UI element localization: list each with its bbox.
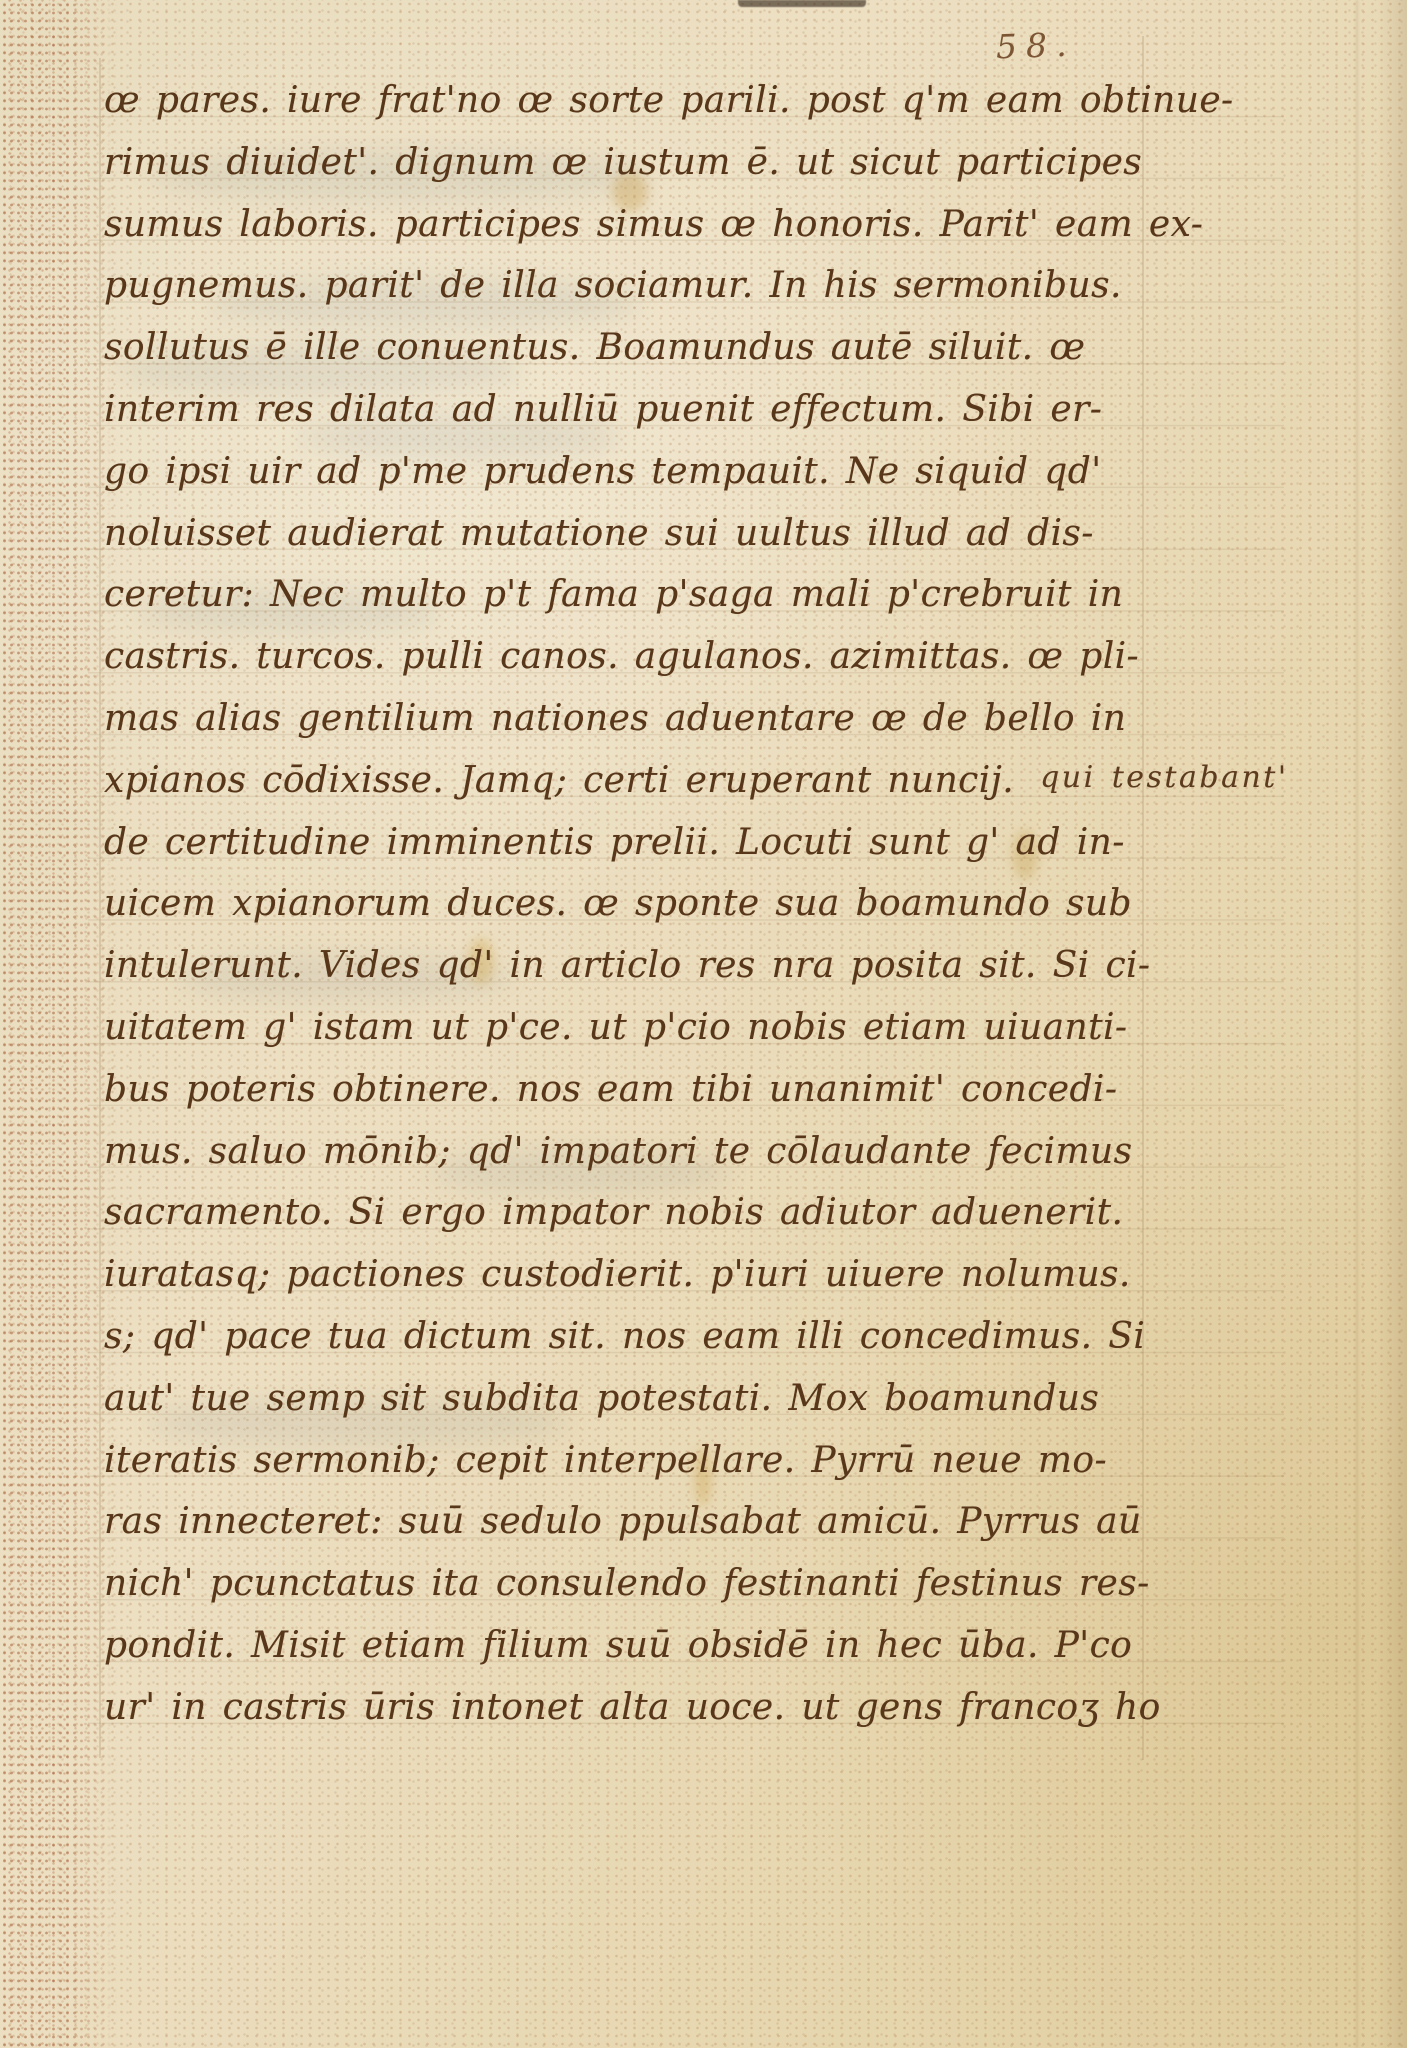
text-line: œ pares. iure frat'no œ sorte parili. po…: [104, 70, 1204, 132]
text-line-content: ras innecteret: suū sedulo ppulsabat ami…: [104, 1501, 1142, 1542]
manuscript-text-block: œ pares. iure frat'no œ sorte parili. po…: [104, 70, 1204, 1739]
text-line: sollutus ē ille conuentus. Boamundus aut…: [104, 317, 1204, 379]
text-line: uitatem g' istam ut p'ce. ut p'cio nobis…: [104, 997, 1204, 1059]
text-line-content: ceretur: Nec multo p't fama p'saga mali …: [104, 574, 1123, 615]
text-line-content: intulerunt. Vides qd' in articlo res nra…: [104, 945, 1150, 986]
text-line-content: go ipsi uir ad p'me prudens tempauit. Ne…: [104, 451, 1102, 492]
text-line-content: pugnemus. parit' de illa sociamur. In hi…: [104, 265, 1122, 306]
text-line-content: sollutus ē ille conuentus. Boamundus aut…: [104, 327, 1085, 368]
text-line: sacramento. Si ergo impator nobis adiuto…: [104, 1182, 1204, 1244]
text-line-content: pondit. Misit etiam filium suū obsidē in…: [104, 1625, 1132, 1666]
text-line-content: sacramento. Si ergo impator nobis adiuto…: [104, 1192, 1123, 1233]
manuscript-scan: { "manuscript": { "page_number": "58.", …: [0, 0, 1407, 2048]
text-line-content: ur' in castris ūris intonet alta uoce. u…: [104, 1687, 1161, 1728]
text-line-content: nich' pcunctatus ita consulendo festinan…: [104, 1563, 1150, 1604]
text-line: xpianos cōdixisse. Jamq; certi eruperant…: [104, 750, 1204, 812]
text-line: castris. turcos. pulli canos. agulanos. …: [104, 626, 1204, 688]
text-line: pondit. Misit etiam filium suū obsidē in…: [104, 1615, 1204, 1677]
text-line: intulerunt. Vides qd' in articlo res nra…: [104, 935, 1204, 997]
text-line: sumus laboris. participes simus œ honori…: [104, 194, 1204, 256]
text-line-content: uitatem g' istam ut p'ce. ut p'cio nobis…: [104, 1007, 1127, 1048]
text-line-content: noluisset audierat mutatione sui uultus …: [104, 513, 1094, 554]
text-line-content: castris. turcos. pulli canos. agulanos. …: [104, 636, 1139, 677]
text-line: pugnemus. parit' de illa sociamur. In hi…: [104, 255, 1204, 317]
text-line-content: iteratis sermonib; cepit interpellare. P…: [104, 1440, 1107, 1481]
text-line-content: interim res dilata ad nulliū puenit effe…: [104, 389, 1102, 430]
text-line-content: mas alias gentilium nationes aduentare œ…: [104, 698, 1126, 739]
text-line: mus. saluo mōnib; qd' impatori te cōlaud…: [104, 1121, 1204, 1183]
text-line: mas alias gentilium nationes aduentare œ…: [104, 688, 1204, 750]
text-line-content: s; qd' pace tua dictum sit. nos eam illi…: [104, 1316, 1145, 1357]
text-line-content: xpianos cōdixisse. Jamq; certi eruperant…: [104, 760, 1014, 801]
text-line: ur' in castris ūris intonet alta uoce. u…: [104, 1677, 1204, 1739]
text-line: bus poteris obtinere. nos eam tibi unani…: [104, 1059, 1204, 1121]
text-line: iuratasq; pactiones custodierit. p'iuri …: [104, 1244, 1204, 1306]
text-line: uicem xpianorum duces. œ sponte sua boam…: [104, 873, 1204, 935]
text-line: rimus diuidet'. dignum œ iustum ē. ut si…: [104, 132, 1204, 194]
text-line: interim res dilata ad nulliū puenit effe…: [104, 379, 1204, 441]
text-line-content: de certitudine imminentis prelii. Locuti…: [104, 822, 1125, 863]
text-line: noluisset audierat mutatione sui uultus …: [104, 503, 1204, 565]
page-edge-crease: [1356, 0, 1358, 2048]
text-line-content: bus poteris obtinere. nos eam tibi unani…: [104, 1069, 1117, 1110]
text-line: iteratis sermonib; cepit interpellare. P…: [104, 1430, 1204, 1492]
text-line: ras innecteret: suū sedulo ppulsabat ami…: [104, 1491, 1204, 1553]
text-line-content: sumus laboris. participes simus œ honori…: [104, 204, 1203, 245]
left-edge-speckle: [0, 0, 118, 2048]
text-line-content: mus. saluo mōnib; qd' impatori te cōlaud…: [104, 1131, 1132, 1172]
text-line-content: rimus diuidet'. dignum œ iustum ē. ut si…: [104, 142, 1142, 183]
scan-edge-shadow: [738, 0, 866, 7]
margin-note: qui testabant': [1040, 760, 1289, 795]
text-line: aut' tue semp sit subdita potestati. Mox…: [104, 1368, 1204, 1430]
text-line: de certitudine imminentis prelii. Locuti…: [104, 812, 1204, 874]
text-line: ceretur: Nec multo p't fama p'saga mali …: [104, 564, 1204, 626]
text-line-content: iuratasq; pactiones custodierit. p'iuri …: [104, 1254, 1131, 1295]
left-margin-rule: [99, 58, 101, 1758]
text-line: nich' pcunctatus ita consulendo festinan…: [104, 1553, 1204, 1615]
text-line: s; qd' pace tua dictum sit. nos eam illi…: [104, 1306, 1204, 1368]
text-line-content: aut' tue semp sit subdita potestati. Mox…: [104, 1378, 1099, 1419]
text-line-content: uicem xpianorum duces. œ sponte sua boam…: [104, 883, 1132, 924]
text-line: go ipsi uir ad p'me prudens tempauit. Ne…: [104, 441, 1204, 503]
folio-number: 58.: [995, 25, 1076, 67]
text-line-content: œ pares. iure frat'no œ sorte parili. po…: [104, 80, 1234, 121]
page-edge-shadow: [1377, 0, 1407, 2048]
